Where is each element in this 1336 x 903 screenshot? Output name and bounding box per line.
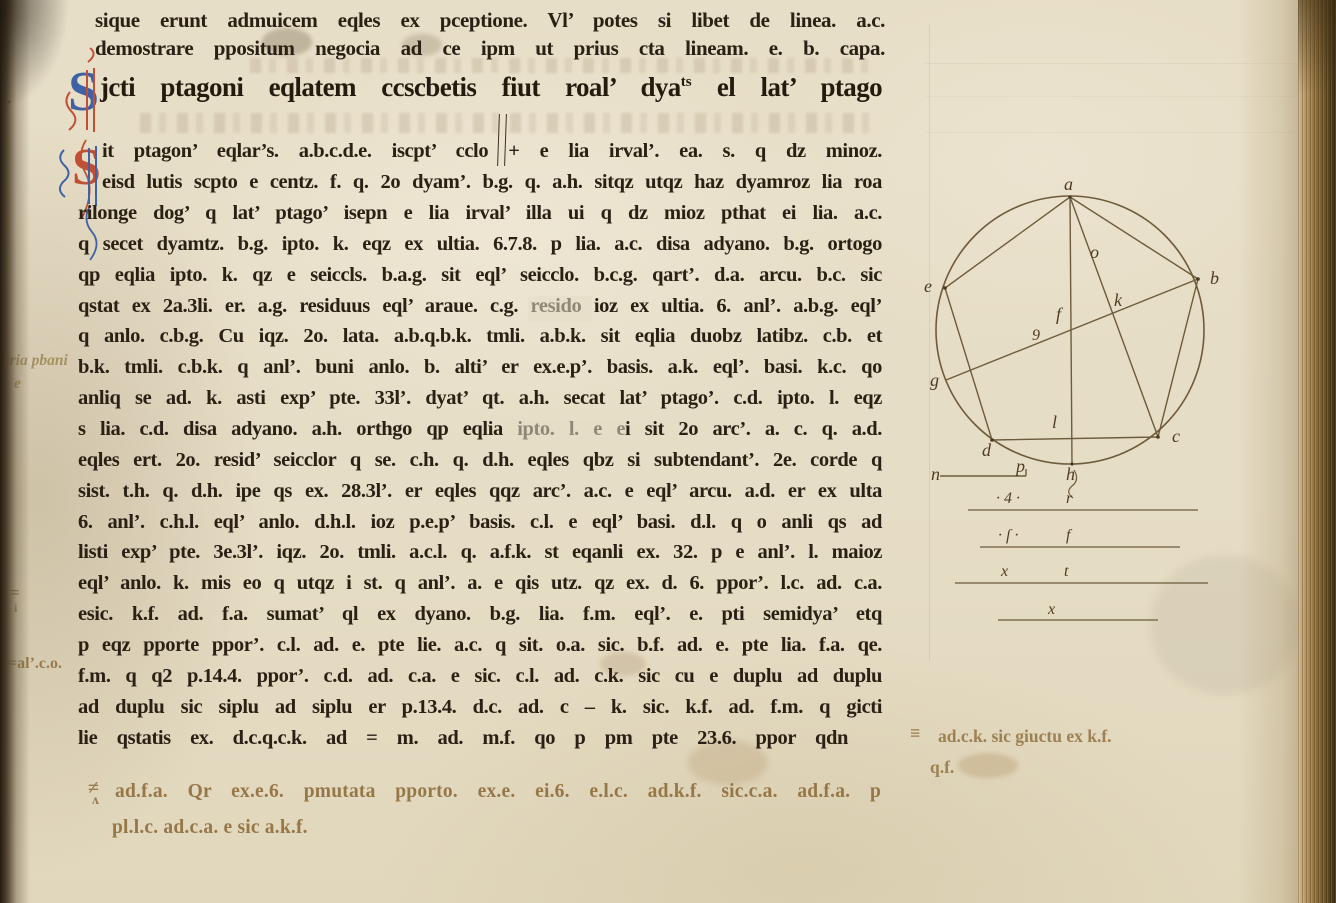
magnitude-label-2: f [1066,527,1073,544]
center-cursive-mark: 9 [1032,327,1040,344]
vertex-label-c: c [1172,426,1180,446]
note-mark: ≡ [910,723,920,744]
magnitude-label-4: x [1047,601,1055,618]
book-gutter-shadow [0,0,30,903]
point-label-o: o [1090,242,1099,262]
text-line: rilonge dog’ q lat’ ptago’ isepn e lia i… [78,202,882,226]
text-line: eisd lutis scpto e centz. f. q. 2o dyam’… [102,171,882,195]
text-line: s lia. c.d. disa adyano. a.h. orthgo qp … [78,418,882,442]
page-edge-stack [1298,0,1336,903]
text-line: 6. anl’. c.h.l. eql’ anlo. d.h.l. ioz p.… [78,511,882,535]
diagonal-a-c [1070,197,1158,437]
bleedthrough-ghost [250,58,870,73]
bleedthrough-ghost [140,113,880,133]
point-label-f: f [1056,304,1064,324]
heading-superscript: ts [681,74,692,90]
heading-text-pre: jcti ptagoni eqlatem ccscbetis fiut roal… [100,72,681,102]
magnitude-label-3: t [1064,563,1069,580]
vertex-label-b: b [1210,268,1219,288]
text-line: sist. t.h. q. d.h. ipe qs ex. 28.3l’. er… [78,480,882,504]
vertex-label-a: a [1064,174,1073,194]
magnitude-mark-1: · 4 · [996,490,1020,507]
text-line: esic. k.f. ad. f.a. sumat’ ql ex dyano. … [78,603,882,627]
bottom-note-line: pl.l.c. ad.c.a. e sic a.k.f. [112,817,308,839]
text-line: f.m. q q2 p.14.4. ppor’. c.d. ad. c.a. e… [78,665,882,689]
text-line: qstat ex 2a.3li. er. a.g. residuus eql’ … [78,295,882,319]
gutter-corner-shadow [0,0,70,110]
vertex-label-d: d [982,440,992,460]
text-line: eqles ert. 2o. resid’ seicclor q se. c.h… [78,449,882,473]
heading-text-post: el lat’ ptago [692,72,882,102]
magnitude-mark-2: · ſ · [998,527,1018,544]
text-line: sique erunt admuicem eqles ex pceptione.… [95,8,885,32]
text-line: p eqz pporte ppor’. c.l. ad. e. pte lie.… [78,634,882,658]
page-crease-shadow [1238,0,1300,903]
text-line: ad duplu sic siplu ad siplu er p.13.4. d… [78,696,882,720]
magnitude-mark-3: x [1000,563,1008,580]
text-line: q anlo. c.b.g. Cu iqz. 2o. lata. a.b.q.b… [78,325,882,349]
text-line: qp eqlia ipto. k. qz e seiccls. b.a.g. s… [78,264,882,288]
page-edge-shadow [1298,0,1336,95]
point-label-l: l [1052,412,1057,432]
base-label-p: p [1014,456,1025,476]
right-note-line: q.f. [930,757,954,778]
faded-ink-patch [505,420,625,446]
text-line: b.k. tmli. c.b.k. q anl’. buni anlo. b. … [78,356,882,380]
text-line: anliq se ad. k. asti exp’ pte. 33l’. dya… [78,387,882,411]
stain [958,753,1018,778]
point-label-k: k [1114,290,1123,310]
note-caret: ʌ [92,793,99,809]
manuscript-page: sique erunt admuicem eqles ex pceptione.… [0,0,1336,903]
base-label-n: n [931,464,940,484]
text-line: lie qstatis ex. d.c.q.c.k. ad = m. ad. m… [78,727,848,751]
section-heading: jcti ptagoni eqlatem ccscbetis fiut roal… [100,74,882,101]
text-line: it ptagon’ eqlar’s. a.b.c.d.e. iscpt’ cc… [102,140,882,164]
text-line: eql’ anlo. k. mis eo q utqz i st. q anl’… [78,572,882,596]
text-line: q secet dyamtz. b.g. ipto. k. eqz ex ult… [78,233,882,257]
text-line: listi exp’ pte. 3e.3l’. iqz. 2o. tmli. a… [78,541,882,565]
vertex-label-g: g [930,370,939,390]
vertex-label-h: h [1066,464,1075,484]
diameter-b-g [946,279,1198,380]
faded-ink-patch [528,296,592,322]
right-note-line: ad.c.k. sic giuctu ex k.f. [938,726,1112,747]
text-line: demostrare ppositum negocia ad ce ipm ut… [95,36,885,60]
bottom-note-line: ad.f.a. Qr ex.e.6. pmutata pporto. ex.e.… [115,781,881,803]
magnitude-label-1: r [1066,490,1073,507]
vertex-label-e: e [924,276,932,296]
